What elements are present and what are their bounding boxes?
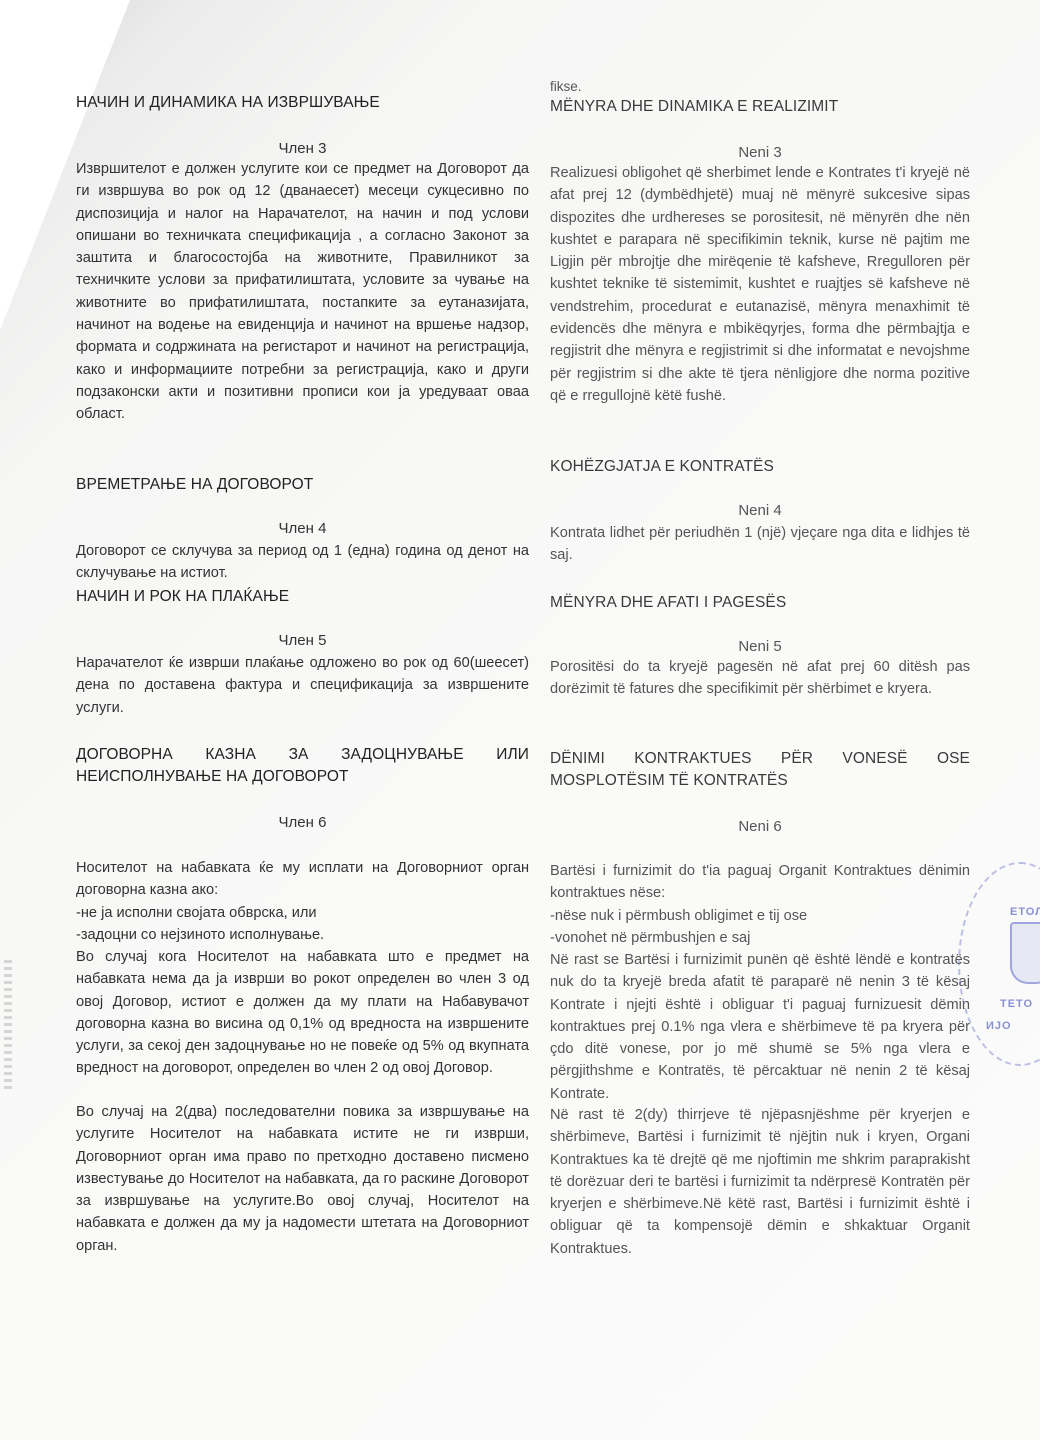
stamp-text-top: ЕТОЛ	[1010, 906, 1040, 918]
neni-6-paragraph-2: Në rast se Bartësi i furnizimit punën që…	[550, 949, 970, 1105]
neni-6-intro: Bartësi i furnizimit do t'ia paguaj Orga…	[550, 860, 970, 905]
neni-6-item-1: -nëse nuk i përmbush obligimet e tij ose	[550, 905, 970, 927]
neni-6-title: Neni 6	[550, 816, 970, 838]
neni-4-text: Kontrata lidhet për periudhën 1 (një) vj…	[550, 522, 970, 567]
article-3-title: Член 3	[76, 138, 529, 160]
neni-5-title: Neni 5	[550, 636, 970, 658]
stamp-coat-of-arms-icon	[1010, 922, 1040, 984]
section-heading-payment-sq: MËNYRA DHE AFATI I PAGESËS	[550, 592, 970, 614]
section-heading-penalty-sq: DËNIMI KONTRAKTUES PËR VONESË OSE MOSPLO…	[550, 748, 970, 792]
article-6-title: Член 6	[76, 812, 529, 834]
stamp-text-mid: ТЕТО	[1000, 998, 1033, 1010]
neni-6-item-2: -vonohet në përmbushjen e saj	[550, 927, 970, 949]
previous-page-fragment: fikse.	[550, 76, 970, 98]
article-6-intro: Носителот на набавката ќе му исплати на …	[76, 857, 529, 902]
section-heading-penalty: ДОГОВОРНА КАЗНА ЗА ЗАДОЦНУВАЊЕ ИЛИ НЕИСП…	[76, 744, 529, 788]
article-6-item-1: -не ја исполни својата обврска, или	[76, 902, 529, 924]
neni-5-text: Porositësi do ta kryejë pagesën në afat …	[550, 656, 970, 701]
article-6-paragraph-2: Во случај кога Носителот на набавката шт…	[76, 946, 529, 1080]
article-3-text: Извршителот е должен услугите кои се пре…	[76, 158, 529, 426]
section-heading-execution: НАЧИН И ДИНАМИКА НА ИЗВРШУВАЊЕ	[76, 92, 529, 114]
section-heading-realization: MËNYRA DHE DINAMIKA E REALIZIMIT	[550, 96, 970, 118]
neni-6-paragraph-3: Në rast të 2(dy) thirrjeve të njëpasnjës…	[550, 1104, 970, 1260]
article-4-text: Договорот се склучува за период од 1 (ед…	[76, 540, 529, 585]
article-6-paragraph-3: Во случај на 2(два) последователни повик…	[76, 1101, 529, 1257]
section-heading-payment: НАЧИН И РОК НА ПЛАЌАЊЕ	[76, 586, 529, 608]
article-5-title: Член 5	[76, 630, 529, 652]
article-6-item-2: -задоцни со нејзиното исполнување.	[76, 924, 529, 946]
margin-punch-marks	[4, 960, 12, 1090]
stamp-text-bottom: ИЈО	[986, 1020, 1012, 1032]
neni-4-title: Neni 4	[550, 500, 970, 522]
neni-3-title: Neni 3	[550, 142, 970, 164]
neni-3-text: Realizuesi obligohet që sherbimet lende …	[550, 162, 970, 407]
article-4-title: Член 4	[76, 518, 529, 540]
section-heading-duration-sq: KOHËZGJATJA E KONTRATËS	[550, 456, 970, 478]
section-heading-duration: ВРЕМЕТРАЊЕ НА ДОГОВОРОТ	[76, 474, 529, 496]
article-5-text: Нарачателот ќе изврши плаќање одложено в…	[76, 652, 529, 719]
